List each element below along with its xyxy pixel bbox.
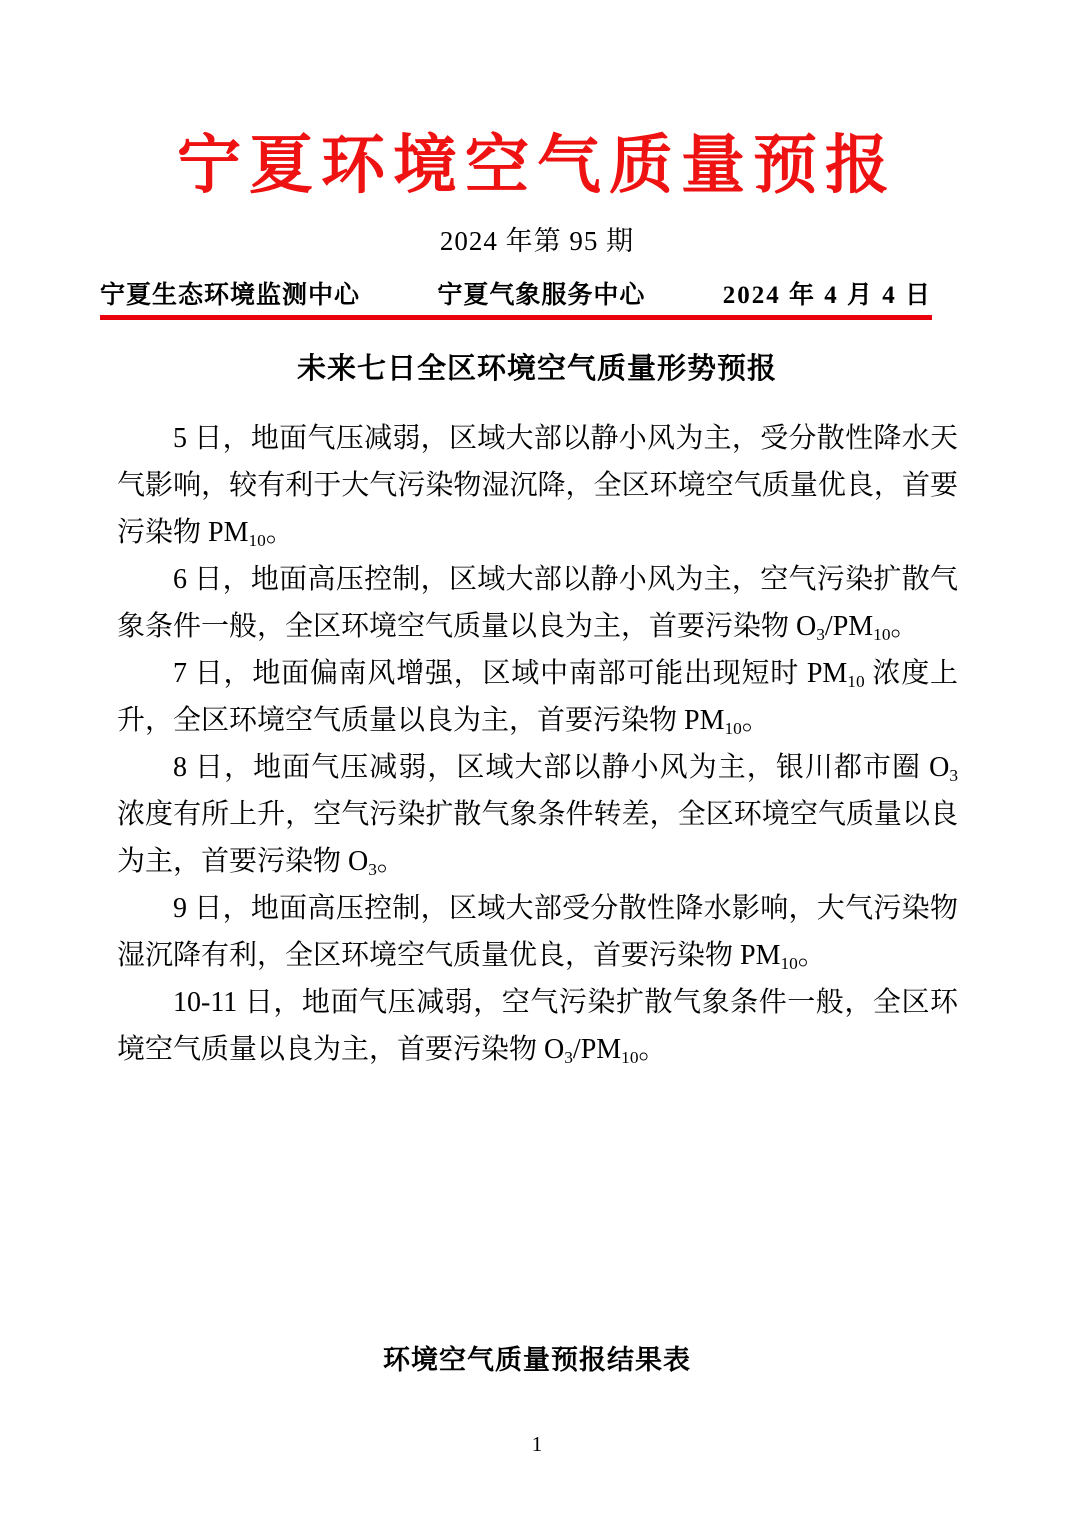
forecast-paragraph-day5: 5 日，地面气压减弱，区域大部以静小风为主，受分散性降水天气影响，较有利于大气污… bbox=[117, 415, 958, 556]
forecast-body: 5 日，地面气压减弱，区域大部以静小风为主，受分散性降水天气影响，较有利于大气污… bbox=[117, 415, 958, 1073]
red-divider-rule bbox=[100, 315, 932, 320]
forecast-paragraph-day6: 6 日，地面高压控制，区域大部以静小风为主，空气污染扩散气象条件一般，全区环境空… bbox=[117, 556, 958, 650]
page-title: 宁夏环境空气质量预报 bbox=[0, 126, 1074, 206]
forecast-section-heading: 未来七日全区环境空气质量形势预报 bbox=[0, 353, 1074, 385]
table-section-heading: 环境空气质量预报结果表 bbox=[0, 1344, 1074, 1376]
issue-number: 2024 年第 95 期 bbox=[0, 226, 1074, 256]
page-number: 1 bbox=[0, 1432, 1074, 1456]
issuing-org-left: 宁夏生态环境监测中心 bbox=[100, 280, 360, 310]
masthead-orgs-row: 宁夏生态环境监测中心 宁夏气象服务中心 2024 年 4 月 4 日 bbox=[100, 280, 932, 311]
document-page: 宁夏环境空气质量预报 2024 年第 95 期 宁夏生态环境监测中心 宁夏气象服… bbox=[0, 0, 1074, 1520]
issue-date: 2024 年 4 月 4 日 bbox=[723, 281, 932, 311]
forecast-paragraph-day9: 9 日，地面高压控制，区域大部受分散性降水影响，大气污染物湿沉降有利，全区环境空… bbox=[117, 885, 958, 979]
issuing-org-center: 宁夏气象服务中心 bbox=[437, 280, 645, 310]
forecast-paragraph-day8: 8 日，地面气压减弱，区域大部以静小风为主，银川都市圈 O3 浓度有所上升，空气… bbox=[117, 744, 958, 885]
forecast-paragraph-day10-11: 10-11 日，地面气压减弱，空气污染扩散气象条件一般，全区环境空气质量以良为主… bbox=[117, 979, 958, 1073]
forecast-paragraph-day7: 7 日，地面偏南风增强，区域中南部可能出现短时 PM10 浓度上升，全区环境空气… bbox=[117, 650, 958, 744]
